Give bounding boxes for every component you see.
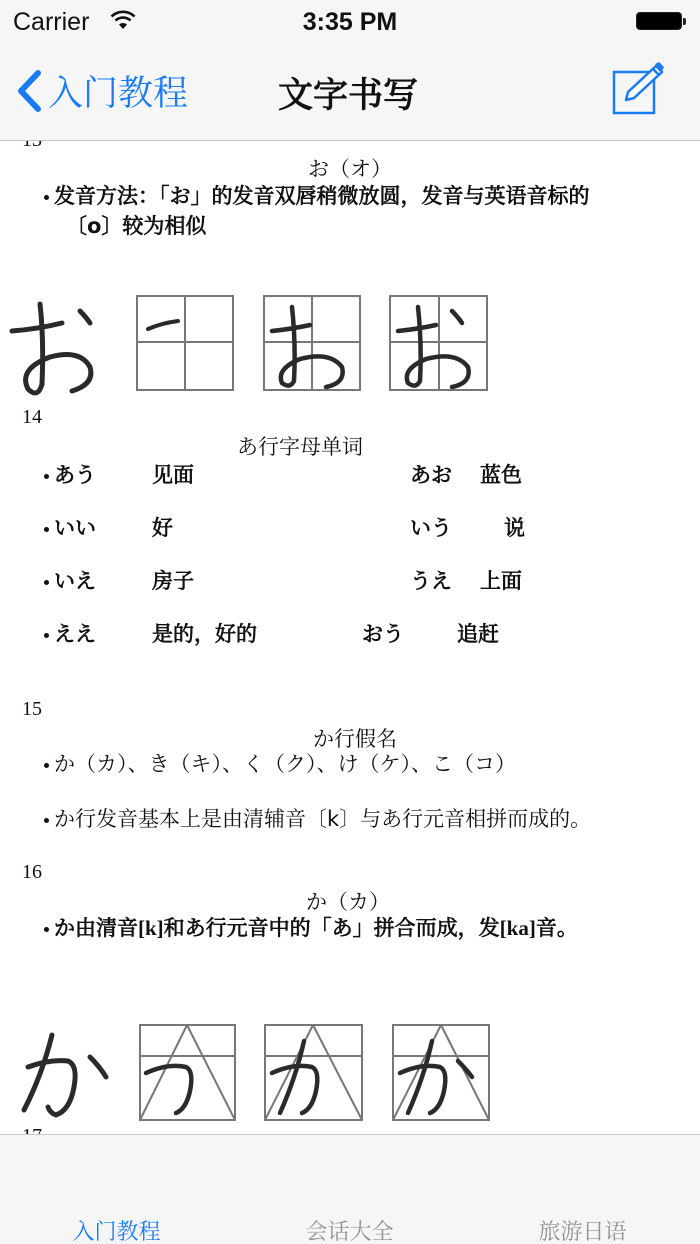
- tab-bar: 入门教程 会话大全 旅游日语: [0, 1134, 700, 1244]
- bullet-dot: [44, 195, 49, 200]
- slide-heading: か（カ）: [0, 886, 698, 916]
- word-meaning: 见面: [152, 459, 194, 489]
- word-meaning: 说: [504, 512, 525, 542]
- battery-icon: [636, 12, 688, 32]
- tab-conversation[interactable]: 会话大全: [233, 1215, 466, 1244]
- word-meaning: 是的，好的: [152, 618, 257, 648]
- slide-heading: お（オ）: [0, 153, 700, 183]
- clock: 3:35 PM: [0, 8, 700, 37]
- tab-tutorial[interactable]: 入门教程: [0, 1215, 233, 1244]
- slide-number: 16: [22, 861, 42, 884]
- word-meaning: 好: [152, 512, 173, 542]
- slide-number: 13: [22, 141, 42, 152]
- word-kana: いう: [410, 512, 452, 542]
- back-button[interactable]: 入门教程: [16, 66, 188, 116]
- page-title: 文字书写: [278, 68, 418, 118]
- word-kana: あう: [44, 459, 96, 489]
- word-meaning: 房子: [152, 565, 194, 595]
- word-meaning: 蓝色: [480, 459, 522, 489]
- top-bar: Carrier 3:35 PM 入门教程 文字书写: [0, 0, 700, 141]
- bullet-item: か（カ）、き（キ）、く（ク）、け（ケ）、こ（コ）: [44, 749, 516, 779]
- word-meaning: 追赶: [457, 618, 499, 648]
- word-kana: おう: [362, 618, 404, 648]
- compose-icon[interactable]: [612, 62, 664, 116]
- word-meaning: 上面: [480, 565, 522, 595]
- word-kana: いえ: [44, 565, 96, 595]
- tab-travel-japanese[interactable]: 旅游日语: [466, 1215, 699, 1244]
- slide-number: 14: [22, 406, 42, 429]
- word-kana: うえ: [410, 565, 452, 595]
- word-kana: あお: [410, 459, 452, 489]
- status-bar: Carrier 3:35 PM: [0, 0, 700, 44]
- chevron-left-icon: [16, 69, 42, 113]
- word-kana: ええ: [44, 618, 96, 648]
- bullet-item: 发音方法：「お」的发音双唇稍微放圆，发音与英语音标的: [44, 181, 590, 211]
- bullet-item: か行发音基本上是由清辅音〔k〕与あ行元音相拼而成的。: [44, 804, 591, 834]
- slide-number: 17: [22, 1125, 42, 1134]
- slide-heading: あ行字母单词: [0, 431, 650, 461]
- bullet-continuation: 〔o〕较为相似: [66, 211, 206, 241]
- slide-number: 15: [22, 698, 42, 721]
- lesson-content[interactable]: 13 お（オ） 发音方法：「お」的发音双唇稍微放圆，发音与英语音标的 〔o〕较为…: [0, 141, 700, 1134]
- word-kana: いい: [44, 512, 96, 542]
- stroke-order-image-ka: [0, 1015, 520, 1134]
- bullet-item: か由清音[k]和あ行元音中的「あ」拼合而成，发[ka]音。: [44, 913, 578, 943]
- stroke-order-image-o: [0, 289, 520, 409]
- back-label: 入门教程: [48, 66, 188, 116]
